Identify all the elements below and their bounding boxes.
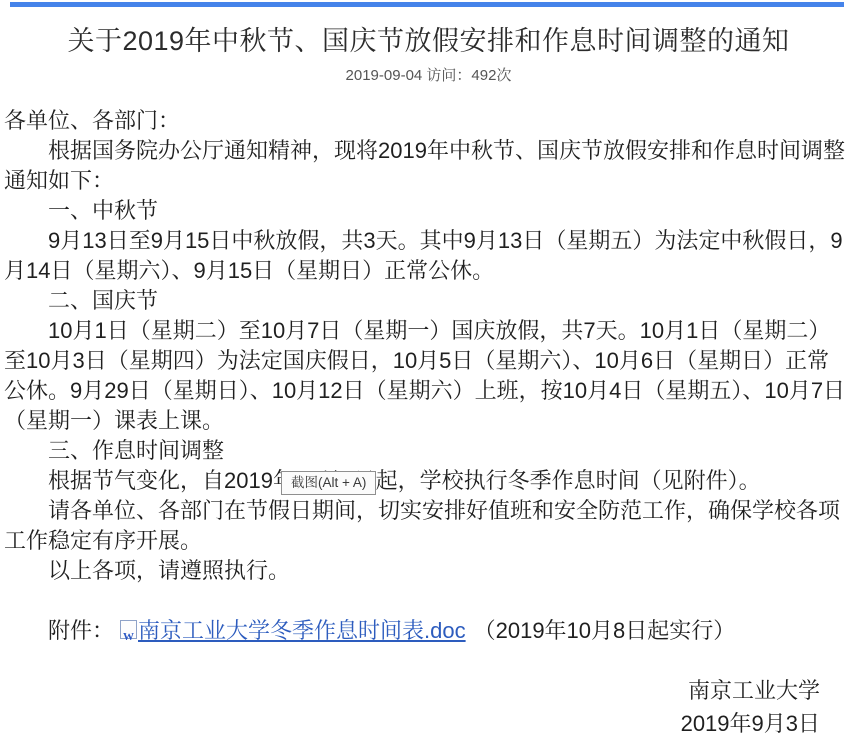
section-heading-national-day: 二、国庆节 [4, 286, 847, 316]
signature-block: 南京工业大学 2019年9月3日 [0, 674, 857, 734]
notice-page: 关于2019年中秋节、国庆节放假安排和作息时间调整的通知 2019-09-04 … [0, 0, 857, 734]
word-doc-icon: W [120, 620, 137, 639]
paragraph-national-day: 10月1日（星期二）至10月7日（星期一）国庆放假，共7天。10月1日（星期二）… [4, 316, 847, 436]
notice-body: 各单位、各部门： 根据国务院办公厅通知精神，现将2019年中秋节、国庆节放假安排… [0, 85, 857, 586]
publish-meta: 2019-09-04 访问：492次 [0, 64, 857, 85]
attachment-link[interactable]: 南京工业大学冬季作息时间表.doc [138, 618, 466, 643]
attachment-suffix: （2019年10月8日起实行） [474, 618, 736, 643]
section-heading-schedule: 三、作息时间调整 [4, 436, 847, 466]
paragraph-closing: 以上各项，请遵照执行。 [4, 556, 847, 586]
screenshot-tooltip: 截图(Alt + A) [281, 471, 376, 495]
signature-date: 2019年9月3日 [0, 707, 820, 734]
attachment-row: 附件：W南京工业大学冬季作息时间表.doc（2019年10月8日起实行） [0, 616, 857, 646]
paragraph-schedule: 根据节气变化，自2019年10月8日起，学校执行冬季作息时间（见附件）。 [4, 466, 847, 496]
paragraph-midautumn: 9月13日至9月15日中秋放假，共3天。其中9月13日（星期五）为法定中秋假日，… [4, 226, 847, 286]
paragraph-duty: 请各单位、各部门在节假日期间，切实安排好值班和安全防范工作，确保学校各项工作稳定… [4, 496, 847, 556]
top-accent-bar [10, 2, 844, 7]
paragraph-salutation: 各单位、各部门： [4, 106, 847, 136]
section-heading-midautumn: 一、中秋节 [4, 196, 847, 226]
attachment-label: 附件： [48, 618, 114, 643]
paragraph-intro: 根据国务院办公厅通知精神，现将2019年中秋节、国庆节放假安排和作息时间调整通知… [4, 136, 847, 196]
page-title: 关于2019年中秋节、国庆节放假安排和作息时间调整的通知 [0, 24, 857, 58]
signature-org: 南京工业大学 [0, 674, 820, 707]
